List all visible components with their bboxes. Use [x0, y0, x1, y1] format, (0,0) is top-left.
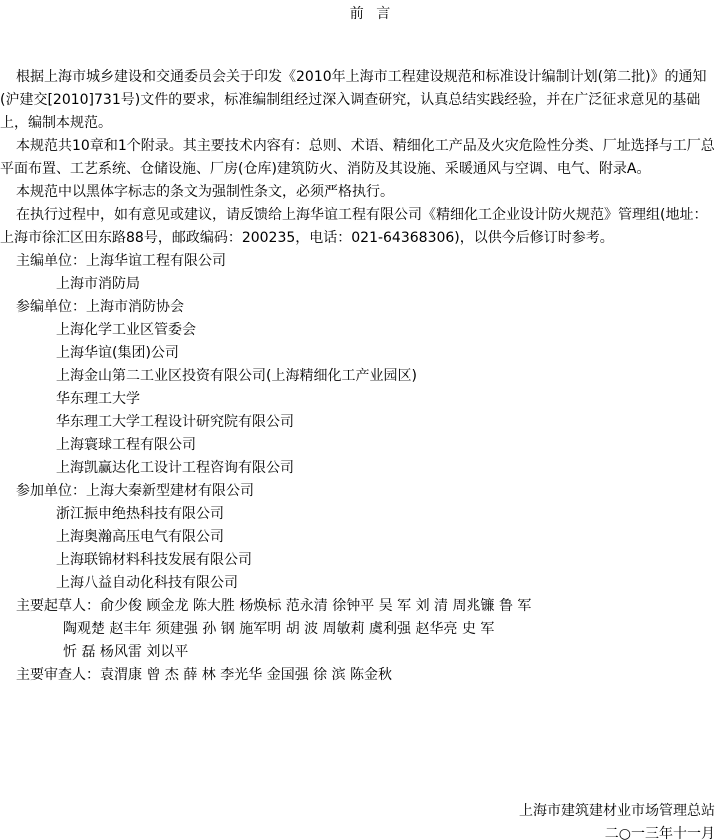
co-editor-unit: 上海凯赢达化工设计工程咨询有限公司 [0, 457, 716, 480]
co-editor-unit: 上海华谊(集团)公司 [0, 342, 716, 365]
participant-unit: 上海奥瀚高压电气有限公司 [0, 526, 716, 549]
co-editor-unit: 上海化学工业区管委会 [0, 319, 716, 342]
document-title: 前 言 [0, 4, 719, 24]
chief-editor-row: 主编单位：上海华谊工程有限公司 [0, 250, 716, 273]
document-body: 根据上海市城乡建设和交通委员会关于印发《2010年上海市工程建设规范和标准设计编… [0, 66, 716, 687]
footer-organization: 上海市建筑建材业市场管理总站 [519, 800, 715, 823]
chief-editor-unit: 上海市消防局 [0, 273, 716, 296]
reviewers-names: 袁渭康 曾 杰 薛 林 李光华 金国强 徐 滨 陈金秋 [100, 667, 392, 683]
paragraph-contents: 本规范共10章和1个附录。其主要技术内容有：总则、术语、精细化工产品及火灾危险性… [0, 135, 716, 181]
co-editor-unit: 上海金山第二工业区投资有限公司(上海精细化工产业园区) [0, 365, 716, 388]
participant-unit: 上海八益自动化科技有限公司 [0, 572, 716, 595]
drafters-names: 忻 磊 杨风雷 刘以平 [0, 641, 716, 664]
paragraph-feedback: 在执行过程中，如有意见或建议，请反馈给上海华谊工程有限公司《精细化工企业设计防火… [0, 204, 716, 250]
drafters-names: 俞少俊 顾金龙 陈大胜 杨焕标 范永清 徐钟平 吴 军 刘 清 周兆镰 鲁 军 [100, 598, 531, 614]
chief-editor-label: 主编单位： [0, 250, 86, 273]
co-editor-unit: 上海市消防协会 [86, 299, 184, 315]
reviewers-row: 主要审查人：袁渭康 曾 杰 薛 林 李光华 金国强 徐 滨 陈金秋 [0, 664, 716, 687]
drafters-label: 主要起草人： [0, 595, 100, 618]
co-editor-unit: 上海寰球工程有限公司 [0, 434, 716, 457]
footer-date: 二○一三年十一月 [519, 823, 715, 840]
co-editor-label: 参编单位： [0, 296, 86, 319]
drafters-row: 主要起草人：俞少俊 顾金龙 陈大胜 杨焕标 范永清 徐钟平 吴 军 刘 清 周兆… [0, 595, 716, 618]
co-editor-unit: 华东理工大学 [0, 388, 716, 411]
co-editor-unit: 华东理工大学工程设计研究院有限公司 [0, 411, 716, 434]
participant-unit: 浙江振申绝热科技有限公司 [0, 503, 716, 526]
participants-label: 参加单位： [0, 480, 86, 503]
co-editor-row: 参编单位：上海市消防协会 [0, 296, 716, 319]
chief-editor-unit: 上海华谊工程有限公司 [86, 253, 226, 269]
participants-row: 参加单位：上海大秦新型建材有限公司 [0, 480, 716, 503]
paragraph-mandatory: 本规范中以黑体字标志的条文为强制性条文，必须严格执行。 [0, 181, 716, 204]
drafters-names: 陶观楚 赵丰年 须建强 孙 钢 施军明 胡 波 周敏莉 虞利强 赵华亮 史 军 [0, 618, 716, 641]
paragraph-background: 根据上海市城乡建设和交通委员会关于印发《2010年上海市工程建设规范和标准设计编… [0, 66, 716, 135]
reviewers-label: 主要审查人： [0, 664, 100, 687]
document-footer: 上海市建筑建材业市场管理总站 二○一三年十一月 [519, 800, 715, 840]
participant-unit: 上海大秦新型建材有限公司 [86, 483, 254, 499]
participant-unit: 上海联锦材料科技发展有限公司 [0, 549, 716, 572]
